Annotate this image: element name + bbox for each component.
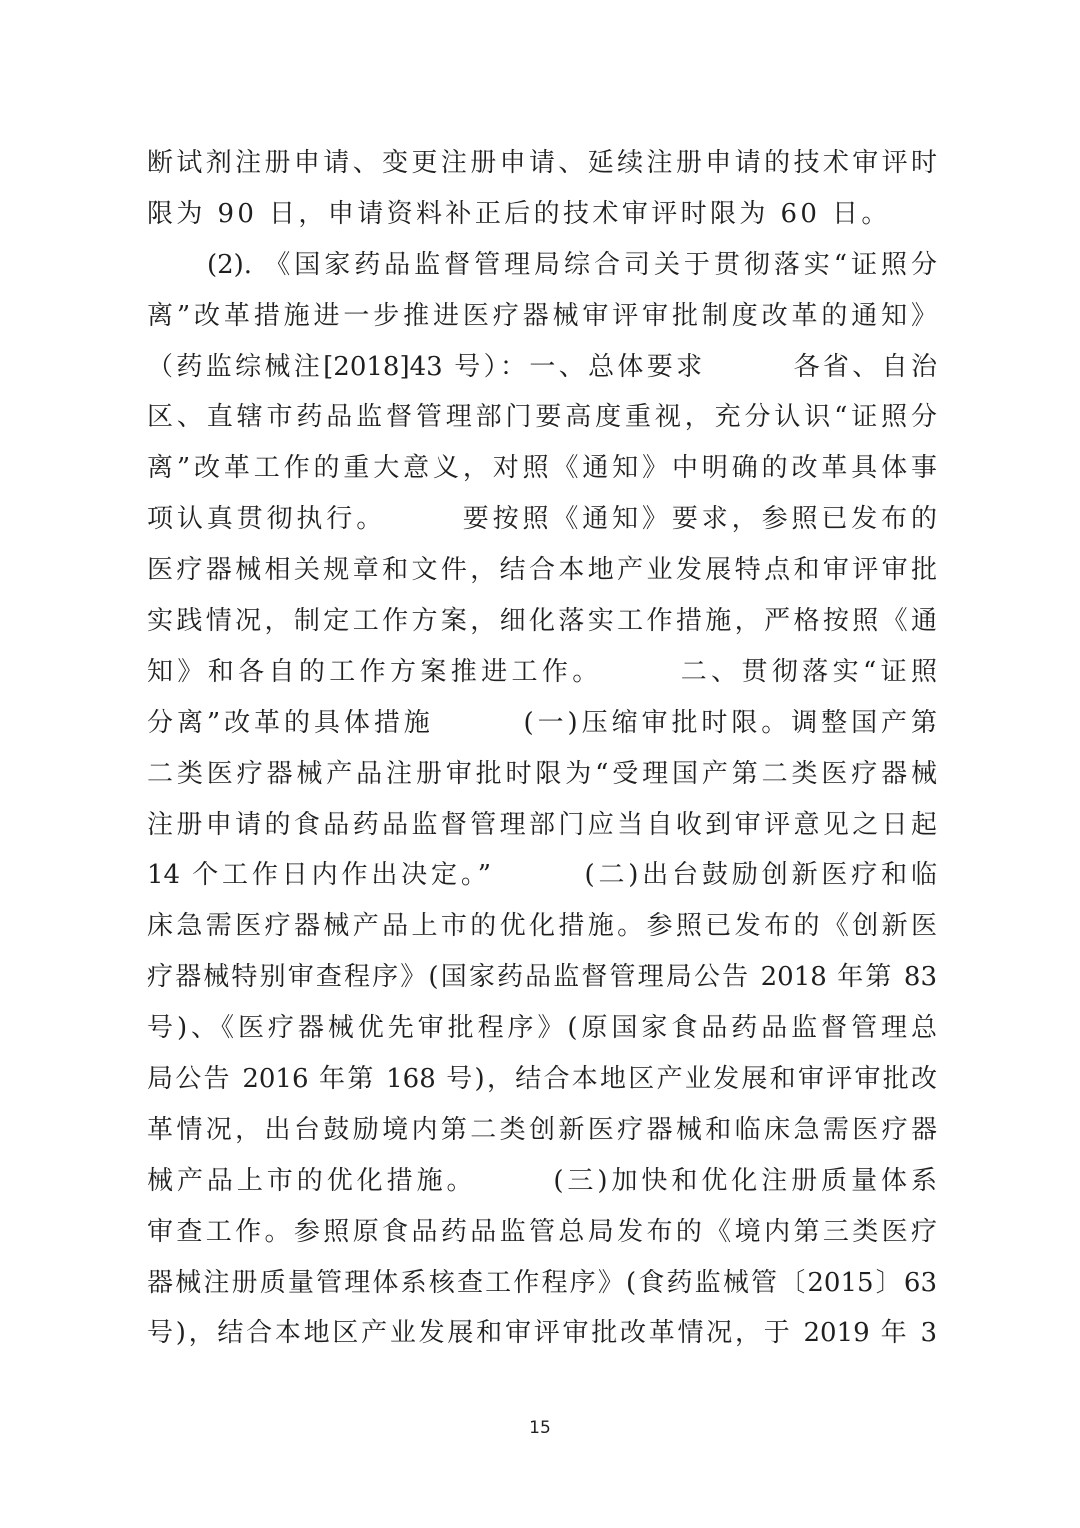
text-line: 限为 90 日，申请资料补正后的技术审评时限为 60 日。 — [147, 189, 937, 240]
text-line: 号)、《医疗器械优先审批程序》(原国家食品药品监督管理总 — [147, 1003, 937, 1054]
text-line: 革情况，出台鼓励境内第二类创新医疗器械和临床急需医疗器 — [147, 1105, 937, 1156]
text-line: 器械注册质量管理体系核查工作程序》(食药监械管〔2015〕63 — [147, 1258, 937, 1309]
page-number: 15 — [0, 1418, 1080, 1438]
text-line: 实践情况，制定工作方案，细化落实工作措施，严格按照《通 — [147, 596, 937, 647]
text-line: 知》和各自的工作方案推进工作。 二、贯彻落实“证照 — [147, 647, 937, 698]
document-page: 断试剂注册申请、变更注册申请、延续注册申请的技术审评时 限为 90 日，申请资料… — [0, 0, 1080, 1528]
text-line: (2). 《国家药品监督管理局综合司关于贯彻落实“证照分 — [147, 240, 937, 291]
text-line: 疗器械特别审查程序》(国家药品监督管理局公告 2018 年第 83 — [147, 952, 937, 1003]
text-line: 区、直辖市药品监督管理部门要高度重视，充分认识“证照分 — [147, 392, 937, 443]
text-line: 床急需医疗器械产品上市的优化措施。参照已发布的《创新医 — [147, 901, 937, 952]
text-line: 离”改革措施进一步推进医疗器械审评审批制度改革的通知》 — [147, 291, 937, 342]
text-line: 断试剂注册申请、变更注册申请、延续注册申请的技术审评时 — [147, 138, 937, 189]
text-line: 械产品上市的优化措施。 (三)加快和优化注册质量体系 — [147, 1156, 937, 1207]
text-line: 局公告 2016 年第 168 号)，结合本地区产业发展和审评审批改 — [147, 1054, 937, 1105]
text-line: 审查工作。参照原食品药品监管总局发布的《境内第三类医疗 — [147, 1207, 937, 1258]
text-line: 分离”改革的具体措施 (一)压缩审批时限。调整国产第 — [147, 698, 937, 749]
document-body: 断试剂注册申请、变更注册申请、延续注册申请的技术审评时 限为 90 日，申请资料… — [147, 138, 937, 1359]
text-line: 二类医疗器械产品注册审批时限为“受理国产第二类医疗器械 — [147, 749, 937, 800]
text-line: 号)，结合本地区产业发展和审评审批改革情况，于 2019 年 3 — [147, 1308, 937, 1359]
text-line: 医疗器械相关规章和文件，结合本地产业发展特点和审评审批 — [147, 545, 937, 596]
text-line: 项认真贯彻执行。 要按照《通知》要求，参照已发布的 — [147, 494, 937, 545]
text-line: （药监综械注[2018]43 号）：一、总体要求 各省、自治 — [147, 342, 937, 393]
text-line: 14 个工作日内作出决定。” (二)出台鼓励创新医疗和临 — [147, 850, 937, 901]
text-line: 离”改革工作的重大意义，对照《通知》中明确的改革具体事 — [147, 443, 937, 494]
text-line: 注册申请的食品药品监督管理部门应当自收到审评意见之日起 — [147, 800, 937, 851]
